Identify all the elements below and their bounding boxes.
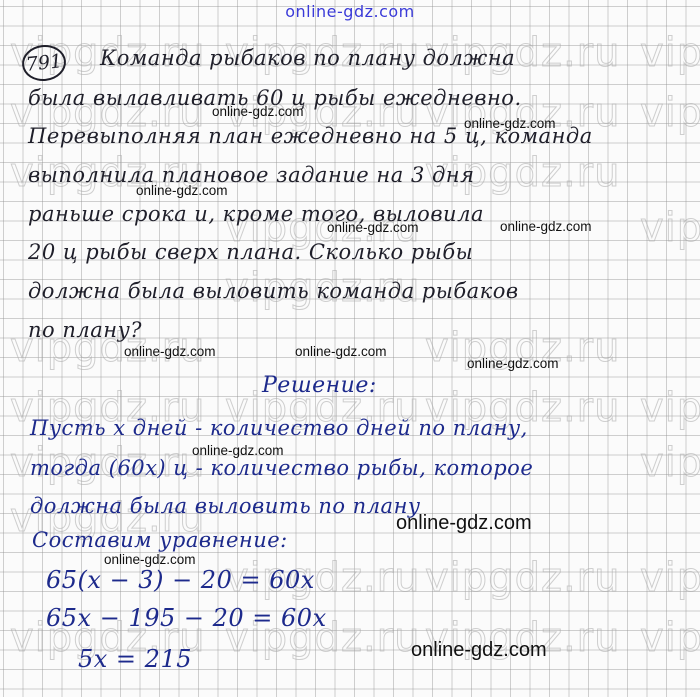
solution-line: тогда (60x) ц - количество рыбы, которое [30,456,533,480]
equation-line: 65x − 195 − 20 = 60x [46,604,327,632]
problem-number-badge: 791 [20,43,68,83]
problem-line: Команда рыбаков по плану должна [100,46,515,70]
background-watermark: vipgdz.ru [640,90,700,136]
background-watermark: vipgdz.ru [640,205,700,251]
overlay-watermark: online-gdz.com [500,219,592,234]
overlay-watermark: online-gdz.com [136,183,228,198]
solution-line: Составим уравнение: [32,528,288,552]
background-watermark: vipgdz.ru [640,385,700,431]
problem-line: по плану? [28,318,142,342]
header-watermark: online-gdz.com [0,2,700,21]
overlay-watermark: online-gdz.com [411,639,547,662]
overlay-watermark: online-gdz.com [104,552,196,567]
overlay-watermark: online-gdz.com [212,104,304,119]
background-watermark: vipgdz.ru [640,30,700,76]
equation-line: 5x = 215 [78,645,192,673]
problem-line: должна была выловить команда рыбаков [28,279,519,303]
background-watermark: vipgdz.ru [640,555,700,601]
problem-line: выполнила плановое задание на 3 дня [28,163,475,187]
overlay-watermark: online-gdz.com [124,344,216,359]
overlay-watermark: online-gdz.com [464,116,556,131]
overlay-watermark: online-gdz.com [295,344,387,359]
solution-heading: Решение: [262,373,377,398]
overlay-watermark: online-gdz.com [467,356,559,371]
equation-line: 65(x − 3) − 20 = 60x [46,566,315,594]
notebook-page: vipgdz.ru vipgdz.ru vipgdz.ru vipgdz.ru … [0,0,700,697]
problem-line: 20 ц рыбы сверх плана. Сколько рыбы [28,240,473,264]
solution-line: должна была выловить по плану [30,494,421,518]
background-watermark: vipgdz.ru [425,555,620,601]
solution-line: Пусть x дней - количество дней по плану, [30,416,528,440]
background-watermark: vipgdz.ru [640,440,700,486]
overlay-watermark: online-gdz.com [327,220,419,235]
background-watermark: vipgdz.ru [640,615,700,661]
overlay-watermark: online-gdz.com [396,512,532,535]
overlay-watermark: online-gdz.com [192,443,284,458]
